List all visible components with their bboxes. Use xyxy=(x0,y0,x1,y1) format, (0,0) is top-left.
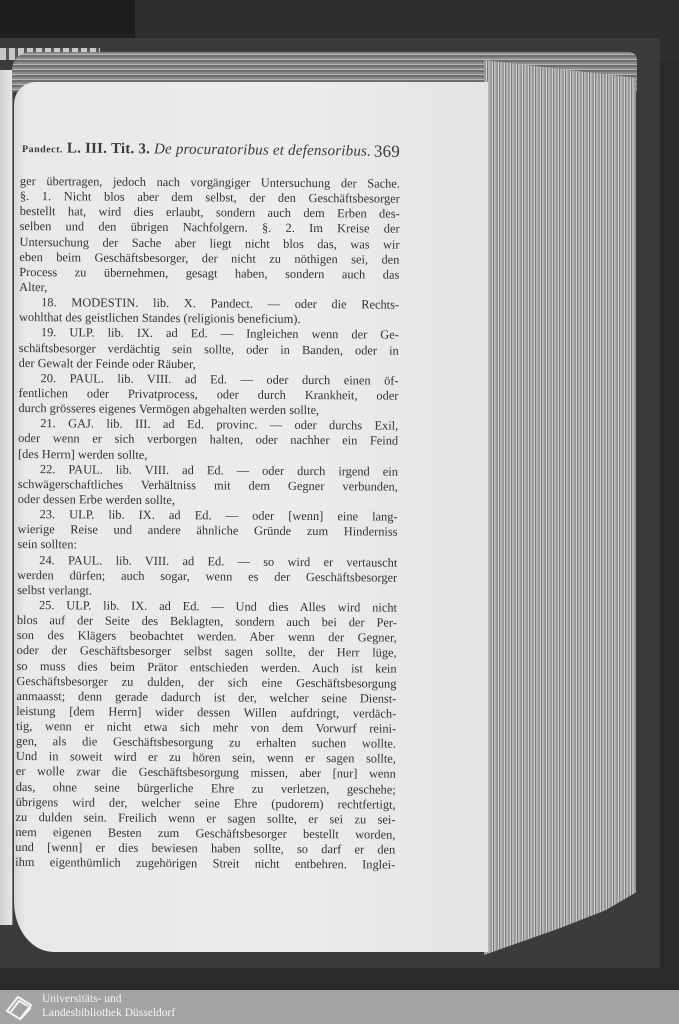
running-head-book: L. III. xyxy=(67,140,107,156)
page-number: 369 xyxy=(374,142,400,162)
institution-name-line1: Universitäts- und xyxy=(42,993,122,1005)
page-body-text: ger übertragen, jedoch nach vorgängiger … xyxy=(15,174,400,873)
facing-page-edge xyxy=(0,70,13,925)
text-line: Process zu übernehmen, gesagt haben, son… xyxy=(19,265,399,283)
book-logo-icon xyxy=(4,993,34,1021)
library-footer: Universitäts- und Landesbibliothek Düsse… xyxy=(0,990,679,1024)
background-corner xyxy=(0,0,135,38)
institution-name-line2: Landesbibliothek Düsseldorf xyxy=(42,1007,175,1019)
running-head-title: De procuratoribus et defensoribus. xyxy=(154,141,371,159)
text-line: ihm eigenthümlich zugehörigen Streit nic… xyxy=(15,855,395,873)
page-stack-fore-edge xyxy=(484,60,636,955)
running-head-title-number: Tit. 3. xyxy=(111,141,150,157)
running-head-work: Pandect. xyxy=(22,144,63,155)
